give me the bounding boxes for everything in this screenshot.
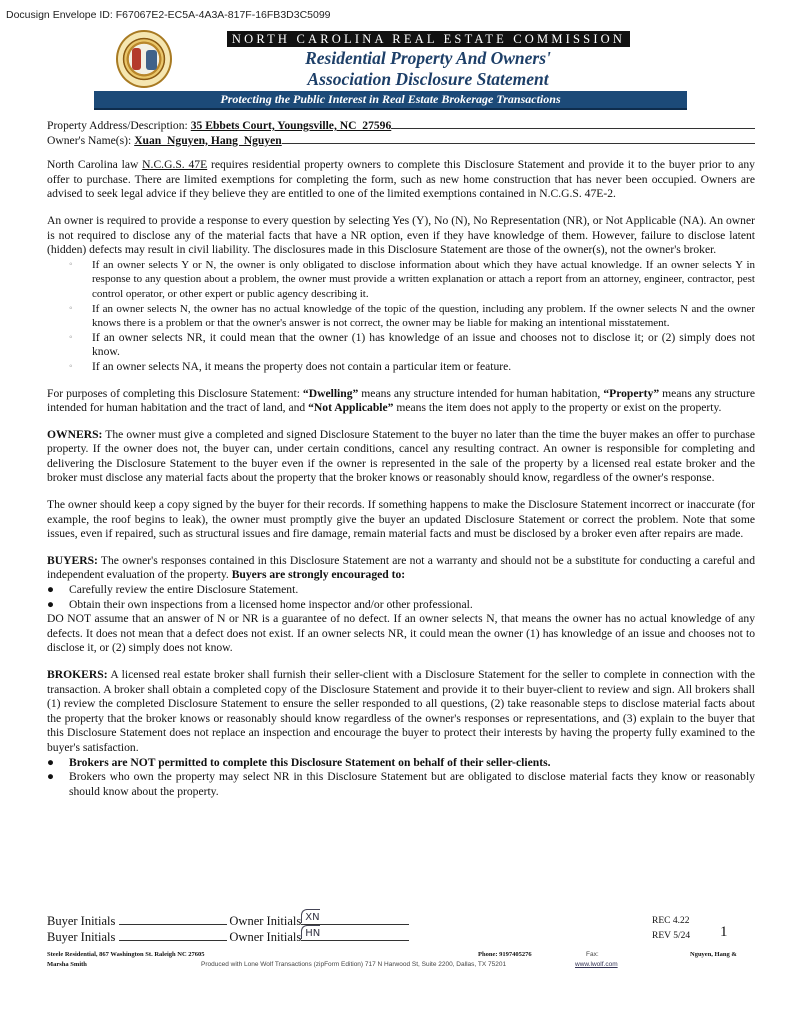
bullet-icon: ●	[47, 598, 54, 613]
owner-initials-signature-1: XN	[301, 909, 319, 923]
ncgs-47e-link[interactable]: N.C.G.S. 47E	[142, 158, 207, 171]
list-item: ●Brokers who own the property may select…	[47, 770, 755, 799]
buyers-recommendations-list: ●Carefully review the entire Disclosure …	[47, 583, 755, 612]
bullet-icon: ●	[47, 770, 54, 785]
owners-copy-paragraph: The owner should keep a copy signed by t…	[47, 498, 755, 542]
property-address-value[interactable]: 35 Ebbets Court, Youngsville, NC 27596	[191, 119, 392, 134]
intro-paragraph-responses: An owner is required to provide a respon…	[47, 214, 755, 258]
list-item: ◦If an owner selects Y or N, the owner i…	[47, 258, 755, 302]
list-item: ◦If an owner selects NR, it could mean t…	[47, 331, 755, 360]
buyers-warning-paragraph: DO NOT assume that an answer of N or NR …	[47, 612, 755, 656]
rec-number: REC 4.22	[652, 914, 690, 929]
owner-initials-field-1[interactable]: XN	[301, 912, 409, 925]
seal-figure-right	[146, 50, 157, 70]
owner-initials-label: Owner Initials	[229, 929, 301, 945]
property-address-field: Property Address/Description: 35 Ebbets …	[47, 119, 755, 134]
bullet-icon: ◦	[69, 258, 73, 273]
footer-phone: Phone: 9197405276	[478, 950, 532, 960]
bullet-icon: ◦	[69, 302, 73, 317]
commission-banner: NORTH CAROLINA REAL ESTATE COMMISSION	[227, 31, 630, 47]
owner-initials-label: Owner Initials	[229, 913, 301, 929]
response-options-list: ◦If an owner selects Y or N, the owner i…	[47, 258, 755, 375]
buyer-initials-label: Buyer Initials	[47, 913, 115, 929]
nc-state-seal-icon	[116, 30, 172, 88]
document-title-line1: Residential Property And Owners'	[222, 48, 634, 69]
bullet-icon: ◦	[69, 331, 73, 346]
buyers-paragraph: BUYERS: The owner's responses contained …	[47, 554, 755, 583]
document-title-line2: Association Disclosure Statement	[222, 69, 634, 90]
initials-row-2: Buyer Initials Owner Initials HN	[47, 928, 409, 944]
tagline-banner: Protecting the Public Interest in Real E…	[94, 91, 687, 110]
footer-fax: Fax:	[586, 950, 599, 960]
list-item: ●Carefully review the entire Disclosure …	[47, 583, 755, 598]
buyers-heading: BUYERS:	[47, 554, 98, 567]
document-body: Property Address/Description: 35 Ebbets …	[47, 119, 755, 799]
initials-block: Buyer Initials Owner Initials XN Buyer I…	[47, 912, 409, 944]
bullet-icon: ◦	[69, 360, 73, 375]
bullet-icon: ●	[47, 756, 54, 771]
list-item: ◦If an owner selects NA, it means the pr…	[47, 360, 755, 375]
brokers-rules-list: ●Brokers are NOT permitted to complete t…	[47, 756, 755, 800]
seal-figure-left	[132, 48, 141, 70]
footer-produced: Produced with Lone Wolf Transactions (zi…	[201, 960, 506, 970]
owners-paragraph: OWNERS: The owner must give a completed …	[47, 428, 755, 486]
owner-name-label: Owner's Name(s):	[47, 134, 131, 149]
definitions-paragraph: For purposes of completing this Disclosu…	[47, 387, 755, 416]
list-item: ◦If an owner selects N, the owner has no…	[47, 302, 755, 331]
owner-initials-field-2[interactable]: HN	[301, 928, 409, 941]
intro-paragraph-law: North Carolina law N.C.G.S. 47E requires…	[47, 158, 755, 202]
brokers-paragraph: BROKERS: A licensed real estate broker s…	[47, 668, 755, 756]
owners-heading: OWNERS:	[47, 428, 102, 441]
buyer-initials-field-1[interactable]	[119, 912, 227, 925]
buyer-initials-field-2[interactable]	[119, 928, 227, 941]
owner-initials-signature-2: HN	[301, 925, 320, 939]
page-number: 1	[720, 924, 728, 941]
list-item: ●Obtain their own inspections from a lic…	[47, 598, 755, 613]
property-address-label: Property Address/Description:	[47, 119, 188, 134]
brokers-heading: BROKERS:	[47, 668, 108, 681]
docusign-envelope-id: Docusign Envelope ID: F67067E2-EC5A-4A3A…	[6, 9, 331, 21]
footer-client: Nguyen, Hang &	[690, 950, 737, 960]
owner-name-underline	[282, 143, 755, 144]
owner-name-field: Owner's Name(s): Xuan Nguyen, Hang Nguye…	[47, 134, 755, 149]
owner-name-value[interactable]: Xuan Nguyen, Hang Nguyen	[134, 134, 282, 149]
footer-website-link[interactable]: www.lwolf.com	[575, 960, 618, 970]
form-revision: REC 4.22 REV 5/24	[652, 914, 690, 944]
rev-date: REV 5/24	[652, 929, 690, 944]
buyer-initials-label: Buyer Initials	[47, 929, 115, 945]
list-item: ●Brokers are NOT permitted to complete t…	[47, 756, 755, 771]
initials-row-1: Buyer Initials Owner Initials XN	[47, 912, 409, 928]
property-address-underline	[391, 128, 755, 129]
bullet-icon: ●	[47, 583, 54, 598]
footer-office: Steele Residential, 867 Washington St. R…	[47, 950, 205, 970]
